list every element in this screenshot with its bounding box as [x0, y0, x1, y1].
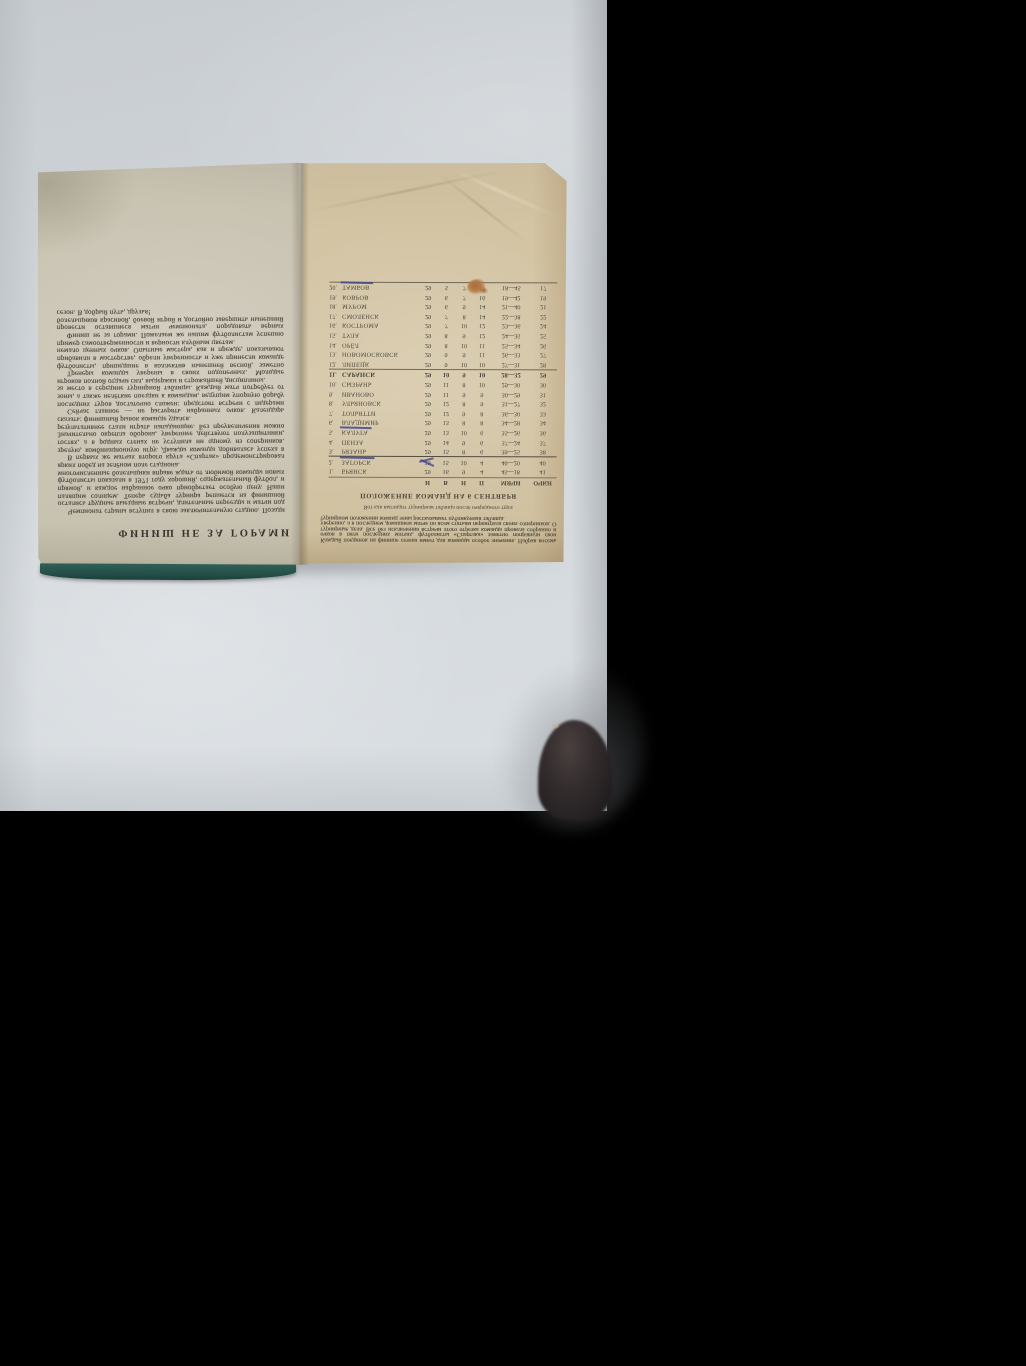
table-cell: 39—25 [491, 448, 531, 455]
standings-row: 19.КОВРОВ29671619—4219 [329, 292, 557, 302]
team-name: ПЕНЗА [342, 438, 419, 445]
table-cell: 29 [419, 361, 437, 368]
table-cell: 34—28 [491, 420, 531, 427]
table-cell: 29 [419, 410, 437, 417]
table-cell: 9 [473, 400, 491, 407]
table-cell: 9 [455, 351, 473, 358]
table-cell: 29 [419, 322, 437, 329]
table-cell: 11 [437, 391, 455, 398]
table-cell: 29 [419, 381, 437, 388]
table-cell: 20. [329, 284, 342, 291]
standings-row: 9.ИВАНОВО29119930—2931 [329, 389, 557, 399]
table-cell: 16 [437, 468, 455, 475]
team-name: ТАМБОВ [342, 284, 419, 291]
table-cell: 19—42 [491, 294, 531, 301]
team-name: КОВРОВ [342, 293, 419, 300]
table-cell: 15 [437, 459, 455, 466]
page-edge-aging [531, 159, 566, 566]
table-cell: 7. [329, 409, 342, 416]
table-cell: 10 [455, 342, 473, 349]
table-cell: 37—24 [491, 439, 531, 446]
pen-underline-mark: КАЛУГА [342, 429, 368, 436]
table-cell: 6. [329, 419, 342, 426]
standings-note: Вот как выглядит турнирная таблица после… [320, 504, 556, 511]
table-cell: 9 [437, 351, 455, 358]
table-cell: 10 [473, 372, 491, 379]
table-cell: 14 [473, 303, 491, 310]
standings-row: 16.КОСТРОМА297101223—3624 [329, 321, 557, 331]
table-cell: 29 [419, 439, 437, 446]
team-name: САРАНСК [342, 371, 419, 378]
standings-row: 3.РЯЗАНЬ29158639—2538 [329, 447, 557, 457]
team-name: БРЯНСК [342, 468, 419, 475]
standings-row: 4.ПЕНЗА29149637—2437 [329, 437, 557, 447]
table-cell: 10 [455, 361, 473, 368]
table-cell: 7 [437, 322, 455, 329]
table-cell: 29 [419, 419, 437, 426]
table-cell: 6 [437, 303, 455, 310]
column-header: И [419, 479, 437, 486]
table-cell: 16. [329, 322, 342, 329]
table-cell: 29 [419, 332, 437, 339]
pen-underline-mark: ТАМБОВ [342, 284, 369, 291]
standings-title: ПОЛОЖЕНИЕ КОМАНД НА 6 СЕНТЯБРЯ [321, 492, 557, 500]
table-cell: 45—18 [491, 469, 531, 476]
pen-underline-mark: ЗАГОРСК [342, 458, 371, 465]
team-name: ТОЛЬЯТТИ [342, 409, 419, 416]
table-cell: 9 [455, 372, 473, 379]
table-cell: 4 [473, 459, 491, 466]
right-page: Каждый поединок на финише сезона имеет д… [298, 159, 566, 567]
table-cell: 26—33 [491, 351, 531, 358]
table-cell: 5. [329, 429, 342, 436]
table-cell: 11 [437, 381, 455, 388]
column-header: МЯЧИ [491, 479, 531, 486]
table-cell: 29 [419, 429, 437, 436]
table-cell: 29 [419, 351, 437, 358]
table-cell: 8 [437, 342, 455, 349]
team-name: ЛИПЕЦК [342, 361, 419, 368]
left-page: ФИНИШ НЕ ЗА ГОРАМИ Чемпионат страны всту… [36, 160, 302, 571]
fingertip-highlight [552, 724, 559, 728]
table-cell: 17. [329, 313, 342, 320]
team-name: НОВОМОСКОВСК [342, 351, 419, 358]
table-cell: 9 [455, 303, 473, 310]
team-name: ВЛАДИМИР [342, 419, 419, 426]
table-cell: 6 [473, 429, 491, 436]
table-cell: 25—34 [491, 342, 531, 349]
table-cell: 29—30 [491, 381, 531, 388]
table-cell: 12 [437, 400, 455, 407]
team-name: СЫЗРАНЬ [342, 381, 419, 388]
table-cell: 40—20 [491, 459, 531, 466]
table-cell: 6 [473, 448, 491, 455]
table-cell: 23—36 [491, 323, 531, 330]
standings-row: 12.ЛИПЕЦК299101027—3128 [329, 359, 557, 369]
table-cell: 31—27 [491, 400, 531, 407]
table-cell: 36—30 [491, 410, 531, 417]
table-cell: 14 [473, 313, 491, 320]
table-cell: 16 [473, 294, 491, 301]
table-cell: 21—40 [491, 303, 531, 310]
table-cell: 14. [329, 341, 342, 348]
table-cell: 27—31 [491, 361, 531, 368]
standings-row: 11.САРАНСК291091028—3229 [329, 369, 557, 380]
teal-cover-edge [40, 563, 296, 580]
photo-scene: ФИНИШ НЕ ЗА ГОРАМИ Чемпионат страны всту… [0, 0, 1026, 1366]
left-page-shading [36, 160, 302, 571]
table-cell: 29 [419, 294, 437, 301]
table-cell: 9 [455, 332, 473, 339]
team-name: СМОЛЕНСК [342, 313, 419, 320]
table-cell: 15. [329, 332, 342, 339]
pen-scribble-mark: 29 [419, 459, 437, 466]
table-cell: 12 [473, 323, 491, 330]
column-header: Н [455, 479, 473, 486]
standings-header: ИВНПМЯЧИОЧКИ [329, 476, 557, 487]
table-cell: 10 [455, 323, 473, 330]
column-header: В [437, 479, 455, 486]
table-cell: 29 [419, 313, 437, 320]
table-cell: 12 [437, 410, 455, 417]
team-name: ЗАГОРСК [342, 458, 419, 465]
table-cell: 8 [473, 420, 491, 427]
table-cell: 9 [437, 361, 455, 368]
standings-row: 7.ТОЛЬЯТТИ29129836—3033 [329, 408, 557, 418]
table-cell: 29 [419, 371, 437, 378]
table-cell: 15 [437, 448, 455, 455]
booklet: ФИНИШ НЕ ЗА ГОРАМИ Чемпионат страны всту… [37, 153, 567, 589]
table-cell: 4. [329, 438, 342, 445]
table-cell: 8 [473, 410, 491, 417]
table-cell: 2. [329, 458, 342, 465]
standings-row: 20.ТАМБОВ29571718—4517 [329, 281, 557, 292]
table-cell: 8 [455, 400, 473, 407]
team-name: РЯЗАНЬ [342, 448, 419, 455]
table-cell: 30—29 [491, 391, 531, 398]
standings-row: 13.НОВОМОСКОВСК29991126—3327 [329, 350, 557, 360]
right-page-content-mirrored: Каждый поединок на финише сезона имеет д… [298, 159, 566, 567]
table-cell: 29 [419, 468, 437, 475]
standings-row: 10.СЫЗРАНЬ291181029—3030 [329, 379, 557, 389]
table-cell: 6 [437, 294, 455, 301]
table-cell: 10 [437, 371, 455, 378]
table-cell: 8 [455, 448, 473, 455]
table-cell: 10 [455, 459, 473, 466]
team-name: ТУЛА [342, 332, 419, 339]
table-cell: 1. [329, 468, 342, 475]
table-cell: 10 [455, 429, 473, 436]
table-cell: 29 [419, 342, 437, 349]
team-name: УЛЬЯНОВСК [342, 400, 419, 407]
team-name: КАЛУГА [342, 429, 419, 436]
table-cell: 4 [473, 469, 491, 476]
table-cell: 8 [455, 419, 473, 426]
table-cell: 18. [329, 303, 342, 310]
table-cell: 9 [455, 391, 473, 398]
table-cell: 29 [419, 284, 437, 291]
table-cell: 12 [473, 332, 491, 339]
team-name: ОРЁЛ [342, 341, 419, 348]
standings-row: 17.СМОЛЕНСК29781422—3822 [329, 311, 557, 321]
table-cell: 11 [473, 351, 491, 358]
standings-row: 2.ЗАГОРСК291510440—2040 [329, 456, 557, 467]
team-name: МУРОМ [342, 303, 419, 310]
standings-row: 5.КАЛУГА291310635—2636 [329, 427, 557, 437]
table-cell: 9 [473, 391, 491, 398]
table-cell: 8. [329, 400, 342, 407]
table-cell: 9. [329, 390, 342, 397]
team-name: КОСТРОМА [342, 322, 419, 329]
table-cell: 29 [419, 391, 437, 398]
table-cell: 9 [455, 439, 473, 446]
table-cell: 22—38 [491, 313, 531, 320]
table-cell: 8 [437, 332, 455, 339]
table-cell: 29 [419, 448, 437, 455]
table-cell: 8 [455, 381, 473, 388]
page-bottom-aging [298, 531, 565, 566]
team-name: ИВАНОВО [342, 390, 419, 397]
standings-table: ИВНПМЯЧИОЧКИ 1.БРЯНСК29169445—18412.ЗАГО… [329, 281, 558, 487]
table-cell: 9 [455, 410, 473, 417]
center-fold-crease [291, 163, 309, 565]
table-cell: 9 [455, 468, 473, 475]
table-cell: 29 [419, 400, 437, 407]
standings-row: 8.УЛЬЯНОВСК29128931—2732 [329, 399, 557, 409]
table-cell: 24—35 [491, 332, 531, 339]
table-cell: 18—45 [491, 284, 531, 291]
table-cell: 14 [437, 439, 455, 446]
table-cell: 12. [329, 360, 342, 367]
table-cell: 13 [437, 419, 455, 426]
standings-rows: 1.БРЯНСК29169445—18412.ЗАГОРСК291510440—… [329, 281, 558, 477]
standings-row: 15.ТУЛА29891224—3525 [329, 330, 557, 340]
table-cell: 19. [329, 293, 342, 300]
table-cell: 13 [437, 429, 455, 436]
table-cell: 11. [329, 371, 342, 378]
table-cell: 6 [473, 439, 491, 446]
table-cell: 10 [473, 361, 491, 368]
table-cell: 10 [473, 381, 491, 388]
table-cell: 28—32 [491, 372, 531, 379]
table-cell: 10. [329, 381, 342, 388]
table-cell: 7 [455, 294, 473, 301]
table-cell: 7 [437, 313, 455, 320]
table-cell: 3. [329, 448, 342, 455]
table-cell: 13. [329, 351, 342, 358]
table-cell: 29 [419, 303, 437, 310]
standings-row: 1.БРЯНСК29169445—1841 [329, 467, 557, 477]
standings-row: 18.МУРОМ29691421—4021 [329, 302, 557, 312]
table-cell: 11 [473, 342, 491, 349]
table-cell: 35—26 [491, 429, 531, 436]
column-header: П [473, 479, 491, 486]
rust-stain-small [479, 287, 488, 294]
standings-row: 14.ОРЁЛ298101125—3426 [329, 340, 557, 350]
table-cell: 8 [455, 313, 473, 320]
table-cell: 5 [437, 284, 455, 291]
